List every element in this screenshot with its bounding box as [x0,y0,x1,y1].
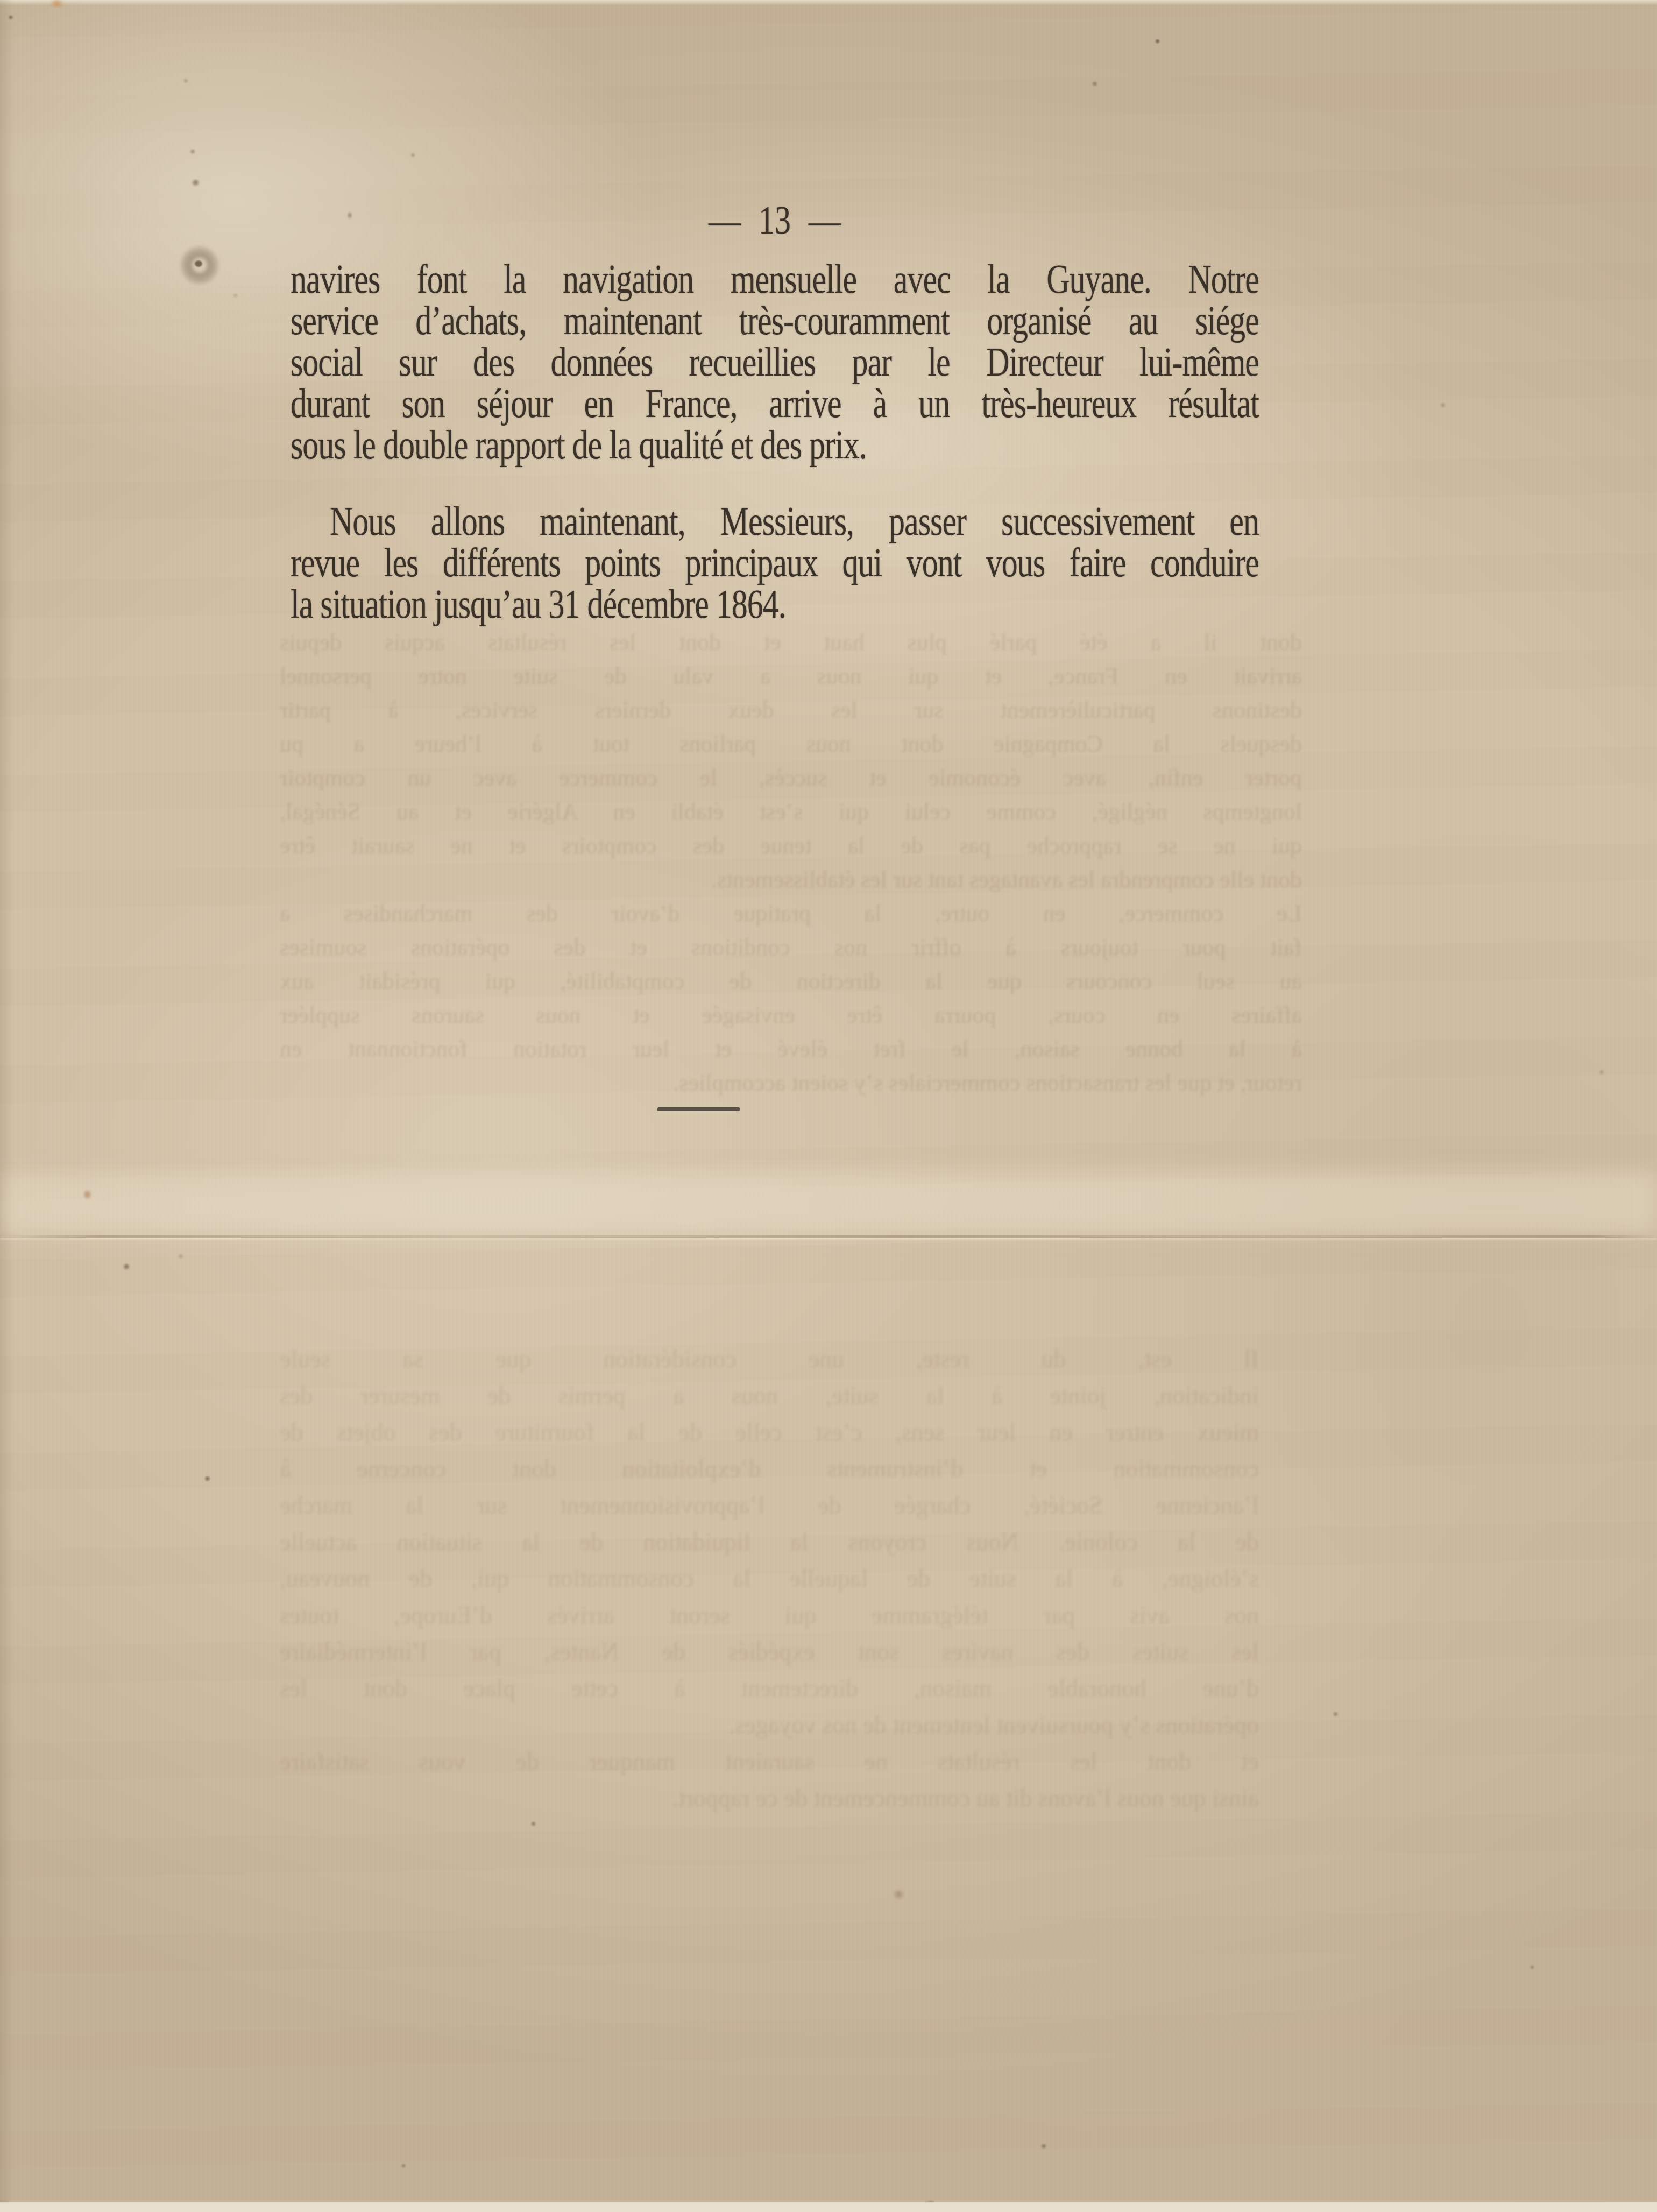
paper-speck [1333,1712,1339,1717]
paper-speck [1440,402,1446,408]
bleedthrough-line: mieux entrer en leur sens, c’est celle d… [280,1414,1259,1451]
paper-tonal-band [0,1172,1657,1234]
section-divider-rule [657,1107,740,1111]
text-line: la situation jusqu’au 31 décembre 1864. [291,578,1259,631]
bleedthrough-line: ainsi que nous l’avons dit au commenceme… [280,1780,1259,1817]
paper-speck [1529,1965,1535,1970]
bleedthrough-line: Le commerce, en outre, la pratique d’avo… [280,896,1302,930]
scanned-document-page: dont il a été parlé plus haut et dont le… [0,0,1657,2212]
bleedthrough-line: à la bonne saison, le fret élevé et leur… [280,1032,1302,1066]
bleedthrough-line: s’éloigne, à la suite de laquelle la con… [280,1560,1259,1597]
bleedthrough-line: d’une honorable maison, directement à ce… [280,1670,1259,1707]
paper-speck [178,1254,184,1259]
scan-bottom-edge [0,2202,1657,2212]
bleedthrough-line: au seul concours que la direction de com… [280,964,1302,998]
bleedthrough-line: nos avis par télégramme qui seront arriv… [280,1597,1259,1634]
bleedthrough-line: porter enfin, avec économie et succès, l… [280,761,1302,795]
bleedthrough-line: consommation et d’instruments d’exploita… [280,1451,1259,1487]
bleedthrough-line: fait pour toujours à offrir nos conditio… [280,930,1302,964]
bleedthrough-line: longtemps négligé, comme celui qui s’est… [280,795,1302,829]
paper-speck [348,211,352,221]
paragraph: navires font la navigation mensuelle ave… [291,260,1259,467]
bleedthrough-line: desquels la Compagnie dont nous parlions… [280,727,1302,761]
scan-top-edge [0,0,1657,5]
paper-speck [410,153,415,158]
text-line: sous le double rapport de la qualité et … [291,419,1259,472]
paper-speck [1092,81,1098,87]
bleedthrough-line: dont elle comprendra les avantages tant … [280,863,1302,896]
paper-speck [123,1263,130,1270]
scan-left-edge [0,0,14,2212]
paper-speck [232,293,238,298]
paper-speck [1155,39,1160,44]
paragraph: Nous allons maintenant, Messieurs, passe… [291,502,1259,626]
paper-speck [401,2164,406,2168]
bleedthrough-line: retour, et que les transactions commerci… [280,1066,1302,1100]
paper-speck [47,0,67,7]
bleedthrough-line: affaires en cours, pourra être envisagée… [280,998,1302,1032]
bleedthrough-line: opérations s’y poursuivent lentement de … [280,1707,1259,1743]
paper-speck [1598,1070,1605,1075]
bleedthrough-line: destinons particulièrement sur les deux … [280,693,1302,727]
bleedthrough-line: arrivait en France, et qui nous a valu d… [280,659,1302,693]
paper-speck [530,1821,536,1827]
bleedthrough-line: les suites des navires sont expédiés de … [280,1634,1259,1670]
page-number-header: — 13 — [291,194,1259,246]
bleedthrough-line: l’ancienne Société, chargée de l’approvi… [280,1487,1259,1524]
paper-speck [183,79,189,83]
paper-speck [83,1189,91,1201]
bleedthrough-line: Il est, du reste, une considération que … [280,1341,1259,1377]
bleedthrough-line: indication, jointe à la suite, nous a pe… [280,1377,1259,1414]
bleedthrough-line: qui ne se rapproche pas de la tenue des … [280,829,1302,863]
page-number-label: — 13 — [709,198,841,243]
paper-speck [1040,2144,1047,2149]
paper-ring-stain-center [195,260,202,267]
paper-speck [204,1476,211,1482]
bleedthrough-line: de la colonie. Nous croyons la liquidati… [280,1524,1259,1560]
paper-speck [8,15,13,20]
bleedthrough-line: et dont les résultats ne sauraient manqu… [280,1743,1259,1780]
paper-crease-line [0,1235,1657,1238]
body-text-block: navires font la navigation mensuelle ave… [291,260,1259,626]
paper-speck [191,179,200,187]
bleedthrough-text-lower: Il est, du reste, une considération que … [280,1341,1259,1817]
paper-speck [189,149,196,154]
bleedthrough-text-upper: dont il a été parlé plus haut et dont le… [280,625,1302,1100]
paper-speck [893,1890,905,1900]
